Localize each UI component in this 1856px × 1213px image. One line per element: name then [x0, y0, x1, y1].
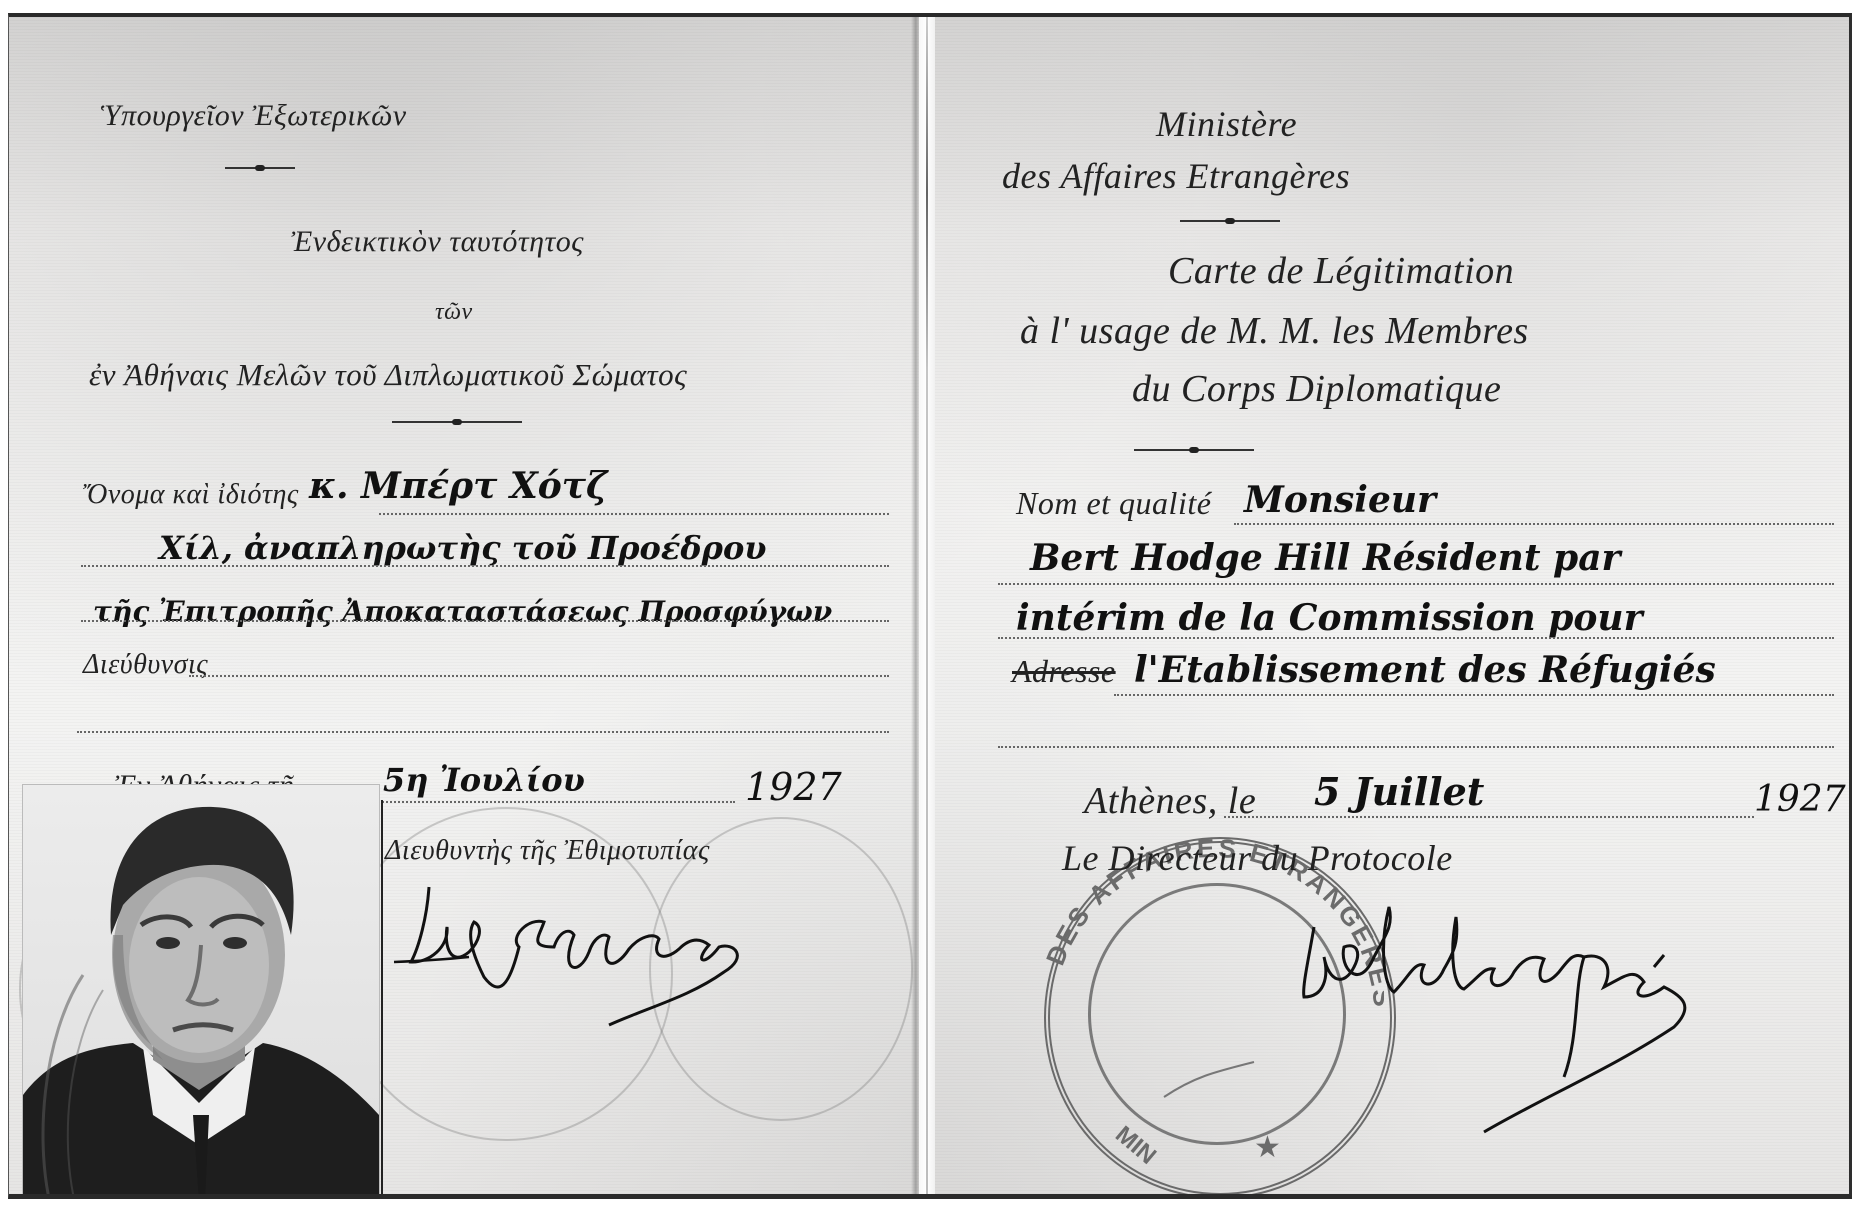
document-scan: Ὑπουργεῖον Ἐξωτερικῶν Ἐνδεικτικὸν ταυτότ… [8, 13, 1852, 1199]
ministry-heading-line2: des Affaires Etrangères [1002, 155, 1350, 197]
portrait-photo [22, 784, 380, 1199]
card-title-line3: du Corps Diplomatique [1132, 367, 1501, 411]
signatory-title-french: Le Directeur du Protocole [1062, 837, 1453, 879]
photo-edge-line [381, 800, 383, 1199]
signature-french [1284, 897, 1804, 1137]
name-value-line3: intérim de la Commission pour [1016, 597, 1643, 639]
dotted-line [379, 513, 889, 515]
stamp-text-side: MIN [1110, 1121, 1161, 1170]
ministry-heading-greek: Ὑπουργεῖον Ἐξωτερικῶν [101, 99, 407, 133]
card-title-greek-line3: ἐν Ἀθήναις Μελῶν τοῦ Διπλωματικοῦ Σώματο… [89, 357, 687, 393]
name-value-greek-line2: Χίλ, ἀναπληρωτὴς τοῦ Προέδρου [159, 529, 766, 567]
dotted-line [1224, 816, 1754, 818]
dotted-line [998, 583, 1834, 585]
dotted-line [1234, 523, 1834, 525]
name-value-line4: l'Etablissement des Réfugiés [1134, 649, 1716, 691]
dotted-line [77, 731, 889, 733]
left-page-greek: Ὑπουργεῖον Ἐξωτερικῶν Ἐνδεικτικὸν ταυτότ… [9, 17, 911, 1194]
card-title-greek-line1: Ἐνδεικτικὸν ταυτότητος [291, 225, 584, 259]
card-title-greek-line2: τῶν [435, 299, 473, 326]
ornamental-divider [225, 167, 295, 169]
date-year-greek: 1927 [745, 765, 842, 809]
name-value-line1: Monsieur [1244, 479, 1436, 521]
fold-crack [926, 17, 928, 1194]
dotted-line [81, 620, 889, 622]
date-value-french: 5 Juillet [1314, 769, 1484, 814]
dotted-line [1114, 694, 1834, 696]
signature-greek [389, 877, 809, 1027]
address-label-struck: Adresse [1012, 653, 1116, 690]
fold-shadow [911, 17, 919, 1194]
name-label-greek: Ὄνομα καὶ ἰδιότης [83, 479, 299, 511]
date-year-french: 1927 [1754, 779, 1846, 820]
ministry-heading-line1: Ministère [1156, 103, 1297, 145]
name-value-line2: Bert Hodge Hill Résident par [1030, 537, 1620, 579]
date-value-greek: 5η Ἰουλίου [383, 761, 585, 799]
stamp-star: ★ [1254, 1131, 1281, 1164]
ornamental-divider [1134, 449, 1254, 451]
signatory-title-greek: Διευθυντὴς τῆς Ἐθιμοτυπίας [385, 835, 710, 867]
card-title-line1: Carte de Légitimation [1168, 249, 1514, 293]
ornamental-divider [1180, 220, 1280, 222]
dotted-line [81, 565, 889, 567]
name-value-greek-line1: κ. Μπέρτ Χότζ [309, 465, 607, 507]
card-title-line2: à l' usage de M. M. les Membres [1020, 309, 1529, 353]
name-value-greek-line3: τῆς Ἐπιτροπῆς Ἀποκαταστάσεως Προσφύγων [93, 595, 832, 628]
ornamental-divider [392, 421, 522, 423]
dotted-line [998, 746, 1834, 748]
right-page-french: Ministère des Affaires Etrangères Carte … [934, 17, 1849, 1194]
dotted-line [998, 637, 1834, 639]
portrait-figure [23, 785, 379, 1199]
name-label-french: Nom et qualité [1016, 485, 1211, 522]
dotted-line [189, 675, 889, 677]
